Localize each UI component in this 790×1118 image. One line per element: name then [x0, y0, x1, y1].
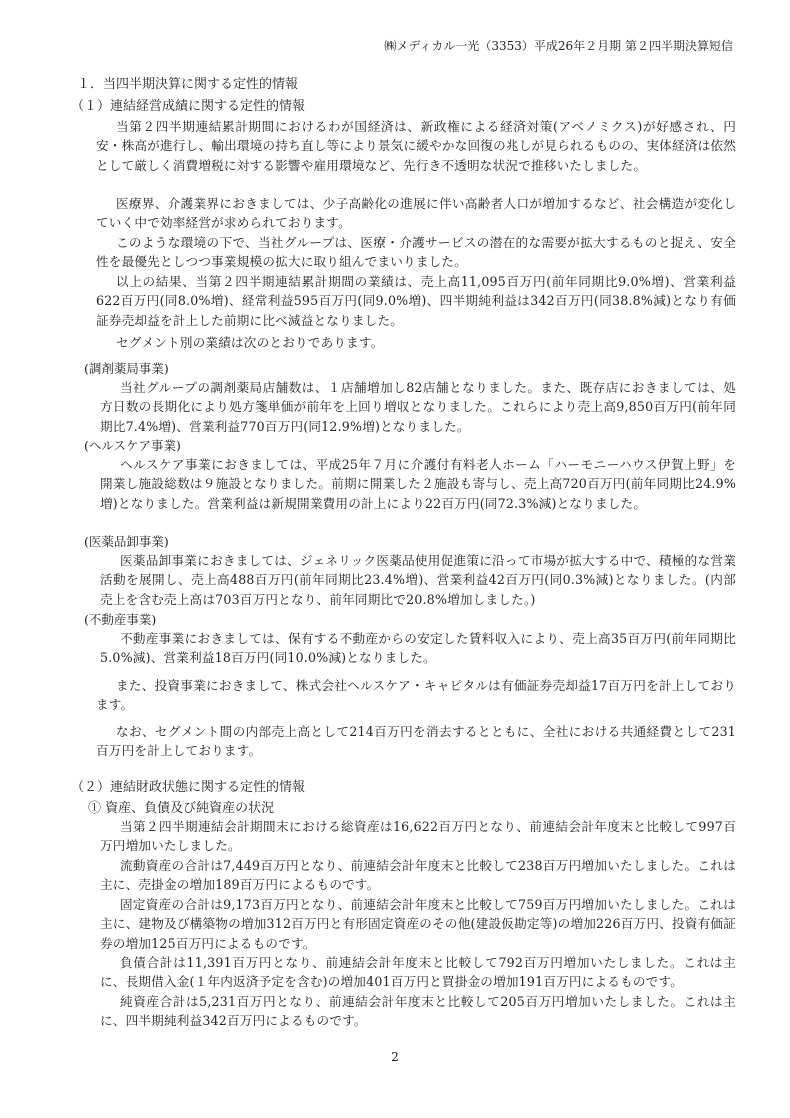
paragraph-fixed-assets: 固定資産の合計は9,173百万円となり、前連結会計年度末と比較して759百万円増… [100, 895, 736, 953]
item-1-title: ① 資産、負債及び純資産の状況 [88, 797, 274, 816]
paragraph-results: 以上の結果、当第２四半期連結累計期間の業績は、売上高11,095百万円(前年同期… [96, 272, 736, 330]
segment-text-pharmacy: 当社グループの調剤薬局店舗数は、１店舗増加し82店舗となりました。また、既存店に… [100, 378, 736, 436]
segment-text-healthcare: ヘルスケア事業におきましては、平成25年７月に介護付有料老人ホーム「ハーモニーハ… [100, 455, 736, 513]
paragraph-segment-intro: セグメント別の業績は次のとおりであります。 [96, 333, 736, 352]
paragraph-economy: 当第２四半期連結累計期間におけるわが国経済は、新政権による経済対策(アベノミクス… [96, 117, 736, 175]
paragraph-net-assets: 純資産合計は5,231百万円となり、前連結会計年度末と比較して205百万円増加い… [100, 992, 736, 1031]
subsection-1-title: （１）連結経営成績に関する定性的情報 [71, 95, 305, 114]
paragraph-total-assets: 当第２四半期連結会計期間末における総資産は16,622百万円となり、前連結会計年… [100, 817, 736, 856]
paragraph-liabilities: 負債合計は11,391百万円となり、前連結会計年度末と比較して792百万円増加い… [100, 953, 736, 992]
segment-title-pharmacy: (調剤薬局事業) [84, 359, 169, 377]
section-1-title: １．当四半期決算に関する定性的情報 [77, 73, 298, 92]
document-page: ㈱メディカル一光（3353）平成26年２月期 第２四半期決算短信 １．当四半期決… [0, 0, 790, 1118]
subsection-2-title: （２）連結財政状態に関する定性的情報 [71, 776, 305, 795]
paragraph-elimination: なお、セグメント間の内部売上高として214百万円を消去するとともに、全社における… [96, 722, 736, 761]
page-header: ㈱メディカル一光（3353）平成26年２月期 第２四半期決算短信 [384, 37, 733, 54]
paragraph-current-assets: 流動資産の合計は7,449百万円となり、前連結会計年度末と比較して238百万円増… [100, 856, 736, 895]
segment-title-wholesale: (医薬品卸事業) [84, 532, 169, 550]
paragraph-investment: また、投資事業におきまして、株式会社ヘルスケア・キャピタルは有価証券売却益17百… [96, 676, 736, 715]
segment-text-wholesale: 医薬品卸事業におきましては、ジェネリック医薬品使用促進策に沿って市場が拡大する中… [100, 551, 736, 609]
segment-title-real-estate: (不動産事業) [84, 610, 156, 628]
page-number: 2 [0, 1050, 790, 1064]
paragraph-group-strategy: このような環境の下で、当社グループは、医療・介護サービスの潜在的な需要が拡大する… [96, 233, 736, 272]
segment-text-real-estate: 不動産事業におきましては、保有する不動産からの安定した賃料収入により、売上高35… [100, 629, 736, 668]
segment-title-healthcare: (ヘルスケア事業) [84, 436, 181, 454]
paragraph-industry: 医療界、介護業界におきましては、少子高齢化の進展に伴い高齢者人口が増加するなど、… [96, 194, 736, 233]
